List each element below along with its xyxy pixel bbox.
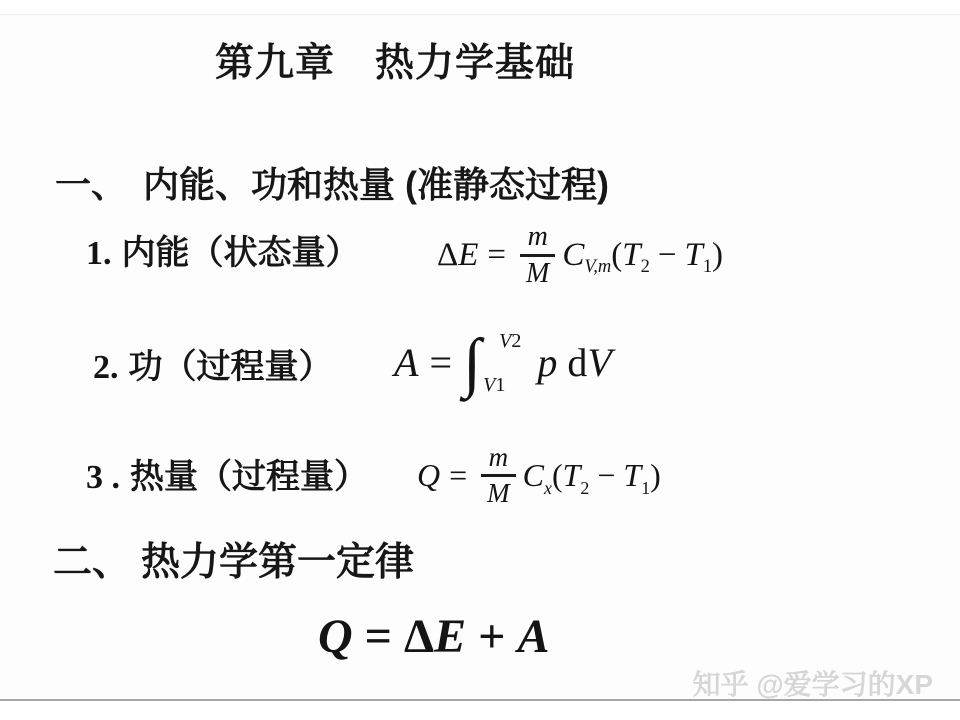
math-subscript-1: 1 — [641, 478, 650, 498]
section1-heading-text: 内能、功和热量 (准静态过程) — [143, 164, 609, 205]
formula-lhs: ΔE — [437, 239, 478, 272]
fraction-denominator: M — [520, 259, 555, 288]
right-paren: ) — [712, 237, 723, 273]
list-item-work: 2. 功（过程量） — [93, 347, 333, 389]
fraction-numerator: m — [483, 443, 515, 471]
formula-work: A = ∫ V2 V1 pdV — [394, 318, 612, 408]
item3-number: 3 . — [86, 458, 120, 499]
math-delta: Δ — [437, 237, 458, 273]
equals-sign: = — [487, 239, 506, 272]
section2-heading-text: 热力学第一定律 — [141, 541, 414, 586]
upper-limit-digit: 2 — [511, 330, 521, 352]
left-paren: ( — [611, 237, 622, 273]
right-paren: ) — [650, 457, 661, 493]
math-var-A: A — [518, 613, 550, 661]
fraction-bar — [520, 254, 555, 257]
section1-marker: 一、 — [55, 164, 127, 205]
differential-d: d — [567, 340, 587, 385]
math-var-p: p — [537, 340, 557, 385]
integrand: pdV — [537, 343, 611, 383]
integral-lower-limit: V1 — [483, 375, 521, 395]
minus-sign: − — [658, 237, 677, 273]
math-var-V-upper: V — [499, 330, 511, 352]
math-subscript-x: x — [544, 478, 552, 498]
math-var-E: E — [458, 237, 478, 273]
math-var-T1: T — [684, 237, 702, 273]
math-subscript-Vm: V,m — [584, 256, 611, 276]
math-subscript-1: 1 — [703, 256, 712, 276]
math-var-C: C — [562, 237, 584, 273]
math-var-A: A — [394, 343, 418, 383]
slide-title: 第九章 热力学基础 — [215, 42, 575, 87]
plus-sign: + — [478, 613, 505, 661]
math-subscript-2: 2 — [580, 478, 589, 498]
equals-sign: = — [429, 343, 452, 383]
math-var-T2: T — [622, 237, 640, 273]
lower-limit-digit: 1 — [495, 374, 505, 396]
math-subscript-2: 2 — [641, 256, 650, 276]
formula-heat: Q = m M Cx(T2−T1) — [417, 437, 661, 513]
math-var-Q: Q — [318, 613, 353, 661]
equals-sign: = — [449, 459, 467, 491]
formula-rhs: CV,m(T2−T1) — [562, 239, 723, 272]
fraction-bar — [481, 474, 516, 477]
fraction-denominator: M — [481, 479, 516, 507]
item2-label: 功（过程量） — [129, 347, 333, 388]
math-var-V: V — [587, 340, 611, 385]
list-item-internal-energy: 1. 内能（状态量） — [86, 233, 360, 275]
math-var-T2: T — [563, 457, 581, 493]
math-delta: Δ — [404, 610, 434, 663]
integral-upper-limit: V2 — [499, 331, 521, 351]
formula-rhs: Cx(T2−T1) — [523, 459, 661, 491]
integral-sign: ∫ — [463, 330, 481, 396]
section1-heading: 一、 内能、功和热量 (准静态过程) — [55, 164, 609, 205]
top-divider-line — [0, 14, 960, 15]
formula-internal-energy: ΔE = m M CV,m(T2−T1) — [437, 217, 723, 293]
item3-label: 热量（过程量） — [130, 457, 368, 498]
math-var-Q: Q — [417, 459, 440, 491]
formula-first-law: Q = ΔE + A — [318, 609, 550, 665]
watermark: 知乎 @爱学习的XP — [693, 663, 933, 703]
bottom-divider-line — [0, 699, 960, 701]
item2-number: 2. — [93, 348, 119, 389]
fraction-numerator: m — [522, 222, 554, 251]
fraction-m-over-M: m M — [520, 222, 555, 288]
math-var-C: C — [523, 457, 544, 493]
list-item-heat: 3 . 热量（过程量） — [86, 457, 368, 499]
item1-label: 内能（状态量） — [122, 233, 360, 274]
delta-E-group: ΔE — [404, 613, 466, 661]
item1-number: 1. — [86, 234, 112, 275]
math-var-T1: T — [623, 457, 641, 493]
equals-sign: = — [365, 613, 392, 661]
integral-limits: V2 V1 — [483, 331, 521, 395]
section2-marker: 二、 — [53, 541, 131, 586]
slide: 第九章 热力学基础 一、 内能、功和热量 (准静态过程) 1. 内能（状态量） … — [0, 0, 960, 720]
math-var-E: E — [434, 610, 466, 663]
math-var-V-lower: V — [483, 374, 495, 396]
minus-sign: − — [597, 457, 615, 493]
left-paren: ( — [552, 457, 563, 493]
fraction-m-over-M: m M — [481, 443, 516, 507]
section2-heading: 二、 热力学第一定律 — [53, 541, 414, 586]
